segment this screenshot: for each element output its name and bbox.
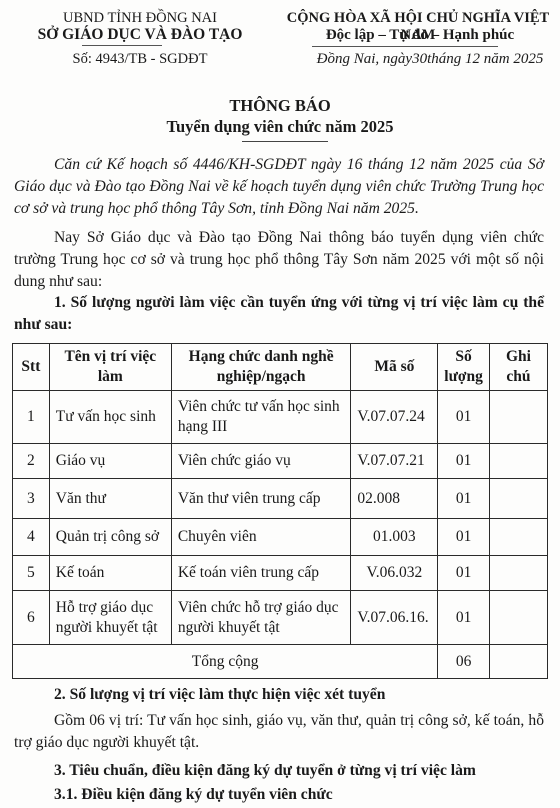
cell-code: V.06.032: [351, 556, 438, 591]
title-underline: [242, 141, 328, 142]
table-row: 6 Hỗ trợ giáo dục người khuyết tật Viên …: [13, 591, 548, 645]
recruitment-table: Stt Tên vị trí việc làm Hạng chức danh n…: [12, 343, 548, 679]
announce-paragraph: Nay Sở Giáo dục và Đào tạo Đồng Nai thôn…: [14, 227, 544, 293]
total-quantity: 06: [438, 645, 490, 679]
cell-quantity: 01: [438, 479, 490, 519]
header-stt: Stt: [13, 344, 50, 391]
agency-parent: UBND TỈNH ĐỒNG NAI: [0, 10, 280, 27]
cell-note: [489, 556, 547, 591]
cell-rank: Viên chức giáo vụ: [171, 444, 351, 479]
cell-stt: 2: [13, 444, 50, 479]
header-quantity: Số lượng: [438, 344, 490, 391]
national-motto: Độc lập – Tự do – Hạnh phúc: [280, 27, 560, 44]
cell-quantity: 01: [438, 519, 490, 556]
agency-name: SỞ GIÁO DỤC VÀ ĐÀO TẠO: [0, 26, 280, 44]
cell-code: V.07.06.16.: [351, 591, 438, 645]
header-code: Mã số: [351, 344, 438, 391]
cell-quantity: 01: [438, 556, 490, 591]
table-header-row: Stt Tên vị trí việc làm Hạng chức danh n…: [13, 344, 548, 391]
section-2-text: Gồm 06 vị trí: Tư vấn học sinh, giáo vụ,…: [14, 710, 544, 754]
basis-paragraph: Căn cứ Kế hoạch số 4446/KH-SGDĐT ngày 16…: [14, 154, 544, 220]
table-row: 3 Văn thư Văn thư viên trung cấp 02.008 …: [13, 479, 548, 519]
cell-position: Kế toán: [49, 556, 171, 591]
total-note: [489, 645, 547, 679]
cell-code: 01.003: [351, 519, 438, 556]
section-3-1-heading: 3.1. Điều kiện đăng ký dự tuyển viên chứ…: [14, 784, 544, 806]
cell-rank: Viên chức hỗ trợ giáo dục người khuyết t…: [171, 591, 351, 645]
cell-position: Hỗ trợ giáo dục người khuyết tật: [49, 591, 171, 645]
cell-code: V.07.07.24: [351, 391, 438, 444]
cell-stt: 4: [13, 519, 50, 556]
table-row: 5 Kế toán Kế toán viên trung cấp V.06.03…: [13, 556, 548, 591]
table-total-row: Tổng cộng 06: [13, 645, 548, 679]
cell-rank: Chuyên viên: [171, 519, 351, 556]
motto-underline: [312, 46, 498, 47]
table-row: 1 Tư vấn học sinh Viên chức tư vấn học s…: [13, 391, 548, 444]
section-2-heading: 2. Số lượng vị trí việc làm thực hiện vi…: [14, 684, 544, 706]
cell-note: [489, 591, 547, 645]
place-date: Đồng Nai, ngày30tháng 12 năm 2025: [290, 51, 560, 68]
doc-title: THÔNG BÁO: [0, 96, 560, 116]
cell-rank: Kế toán viên trung cấp: [171, 556, 351, 591]
doc-number: Số: 4943/TB - SGDĐT: [0, 51, 280, 68]
total-label: Tổng cộng: [13, 645, 438, 679]
cell-quantity: 01: [438, 591, 490, 645]
section-3-heading: 3. Tiêu chuẩn, điều kiện đăng ký dự tuyể…: [14, 760, 544, 782]
cell-rank: Văn thư viên trung cấp: [171, 479, 351, 519]
cell-position: Văn thư: [49, 479, 171, 519]
cell-stt: 5: [13, 556, 50, 591]
cell-rank: Viên chức tư vấn học sinh hạng III: [171, 391, 351, 444]
section-1-heading: 1. Số lượng người làm việc cần tuyển ứng…: [14, 292, 544, 336]
cell-stt: 1: [13, 391, 50, 444]
cell-note: [489, 444, 547, 479]
cell-stt: 3: [13, 479, 50, 519]
agency-underline: [82, 45, 162, 46]
header-note: Ghi chú: [489, 344, 547, 391]
cell-quantity: 01: [438, 391, 490, 444]
table-row: 2 Giáo vụ Viên chức giáo vụ V.07.07.21 0…: [13, 444, 548, 479]
cell-quantity: 01: [438, 444, 490, 479]
cell-stt: 6: [13, 591, 50, 645]
cell-code: V.07.07.21: [351, 444, 438, 479]
table-row: 4 Quản trị công sở Chuyên viên 01.003 01: [13, 519, 548, 556]
header-position: Tên vị trí việc làm: [49, 344, 171, 391]
cell-code: 02.008: [351, 479, 438, 519]
cell-position: Giáo vụ: [49, 444, 171, 479]
cell-note: [489, 391, 547, 444]
cell-position: Tư vấn học sinh: [49, 391, 171, 444]
cell-position: Quản trị công sở: [49, 519, 171, 556]
cell-note: [489, 519, 547, 556]
doc-subtitle: Tuyển dụng viên chức năm 2025: [0, 117, 560, 137]
header-rank: Hạng chức danh nghề nghiệp/ngạch: [171, 344, 351, 391]
cell-note: [489, 479, 547, 519]
